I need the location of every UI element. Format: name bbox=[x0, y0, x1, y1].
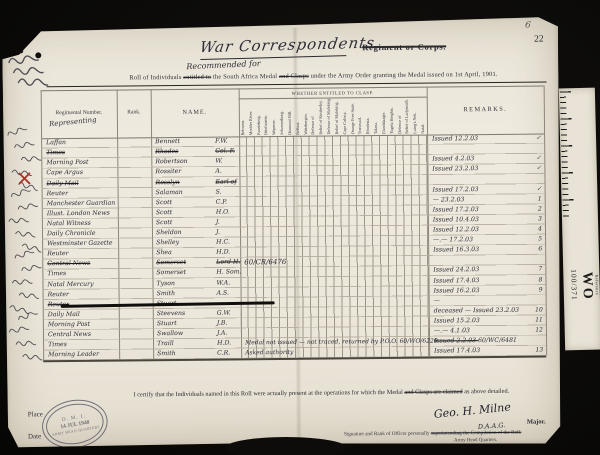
row-name: Swallow bbox=[157, 330, 183, 337]
row-name: Bennett bbox=[155, 138, 180, 145]
margin-scribble bbox=[21, 157, 41, 161]
row-name: Rosslyn bbox=[155, 179, 179, 186]
row-representing: Morning Leader bbox=[48, 351, 122, 359]
row-remark: — bbox=[434, 296, 546, 304]
row-representing: Illust. London News bbox=[47, 209, 121, 217]
row-index-number: 7 bbox=[539, 266, 543, 273]
margin-scribble bbox=[18, 203, 38, 211]
row-name: Steevens bbox=[157, 310, 185, 317]
stamp-inner-ring bbox=[43, 399, 107, 448]
roll-text: the South Africa Medal bbox=[213, 73, 277, 81]
row-index-number: ✓ bbox=[537, 185, 542, 192]
clasp-column-header: Relief of Mafeking. bbox=[333, 97, 341, 135]
row-representing: Times bbox=[46, 149, 120, 157]
daag-annotation: D.A.A.G. bbox=[478, 421, 506, 431]
row-remark: Issued 17.2.03 bbox=[433, 185, 545, 193]
clasp-column-header: Natal. bbox=[419, 97, 427, 135]
row-initials: J. bbox=[216, 219, 220, 226]
clasp-column-header: Elandslaagte. bbox=[380, 97, 388, 135]
form-heading-struck: Regiment or Corps. bbox=[362, 41, 446, 52]
clasp-column-headers: Belmont.Modder River.Paardeberg.Driefont… bbox=[239, 97, 427, 137]
row-name: Traill bbox=[157, 340, 174, 347]
reference-department: WO bbox=[578, 271, 595, 300]
date-label: Date bbox=[28, 432, 41, 440]
row-index-number: 8 bbox=[539, 276, 543, 283]
row-name: Somerset bbox=[156, 259, 186, 266]
row-name: Robertson bbox=[155, 158, 187, 165]
officer-rank: Major. bbox=[527, 418, 546, 425]
row-initials: A.S. bbox=[217, 289, 229, 296]
clasp-column-header: Belmont. bbox=[239, 98, 247, 136]
scanned-medal-roll-page: War Correspondents Regiment or Corps. Re… bbox=[0, 0, 600, 455]
clasp-column-header: Tugela Heights. bbox=[387, 97, 395, 135]
margin-scribble bbox=[18, 310, 38, 320]
pencil-mark: 6 bbox=[524, 20, 531, 31]
row-representing: Reuter bbox=[47, 250, 121, 258]
row-representing: Morning Post bbox=[48, 321, 122, 329]
title-underline bbox=[200, 55, 346, 60]
row-initials: J. bbox=[216, 229, 220, 236]
row-representing: Natal Mercury bbox=[47, 280, 121, 288]
margin-scribble bbox=[7, 126, 27, 136]
row-representing: Laffan bbox=[46, 139, 120, 147]
margin-scribble bbox=[22, 243, 42, 253]
row-name: Shelley bbox=[156, 239, 179, 246]
certify-text: I certify that the Individuals named in … bbox=[134, 389, 403, 399]
margin-scribble bbox=[19, 292, 39, 299]
row-initials: H. Som. bbox=[216, 269, 241, 276]
row-representing: Morning Post bbox=[46, 159, 120, 167]
row-clasp-note: Asked authority bbox=[245, 349, 293, 356]
row-initials: C.P. bbox=[216, 198, 227, 205]
row-remark: Issued 16.2.03 bbox=[434, 286, 546, 294]
margin-scribble bbox=[14, 249, 34, 259]
page-title: War Correspondents bbox=[199, 34, 377, 57]
margin-scribble bbox=[11, 187, 31, 197]
row-initials: Lord H. bbox=[216, 259, 240, 266]
signature-caption-text: Signature and Rank of Officer personally bbox=[344, 431, 430, 438]
row-name: Stuart bbox=[157, 320, 177, 327]
row-remark-struck: Issued 2.2.03 bbox=[434, 337, 478, 344]
document-paper: War Correspondents Regiment or Corps. Re… bbox=[2, 15, 562, 448]
row-initials: Earl of bbox=[215, 178, 236, 185]
margin-scribble bbox=[21, 264, 41, 272]
clasp-column-header: Diamond Hill. bbox=[286, 98, 294, 136]
row-initials: W. bbox=[215, 158, 222, 165]
row-representing: Manchester Guardian bbox=[47, 199, 121, 207]
row-remark: Issued 17.2.03 bbox=[433, 205, 545, 213]
certify-text: as above detailed. bbox=[464, 388, 509, 395]
row-index-number: 2 bbox=[538, 205, 542, 212]
ruler-ticks bbox=[560, 91, 574, 217]
row-remark: —.— 17.2.03 bbox=[433, 236, 545, 244]
margin-scribble bbox=[13, 67, 43, 74]
row-remark: Issued 2.2.03 60/WC/6481 bbox=[434, 337, 546, 345]
row-remark: — 23.2.03 bbox=[433, 195, 545, 203]
row-index-number: 11 bbox=[535, 316, 543, 323]
row-index-number: ✓ bbox=[536, 165, 541, 172]
reference-label: Reference bbox=[594, 274, 600, 295]
army-head-quarters-label: Army Head Quarters. bbox=[454, 438, 497, 443]
row-name: Smith bbox=[157, 350, 176, 357]
row-initials: W.A. bbox=[216, 279, 230, 286]
margin-scribble bbox=[18, 78, 48, 86]
margin-scribble bbox=[9, 326, 29, 334]
column-header-rank: Rank. bbox=[117, 89, 151, 137]
row-representing: Daily Mail bbox=[48, 310, 122, 318]
margin-scribble bbox=[9, 218, 29, 222]
row-representing: Natal Witness bbox=[47, 220, 121, 228]
margin-scribble bbox=[23, 354, 43, 361]
margin-scribble bbox=[14, 141, 34, 149]
row-name: Rossiter bbox=[155, 168, 181, 175]
roll-text-struck: and Clasps bbox=[279, 73, 309, 80]
row-initials: S. bbox=[216, 188, 222, 195]
margin-scribble bbox=[8, 55, 39, 65]
row-initials: J.B. bbox=[217, 320, 228, 327]
row-name: Scott bbox=[156, 209, 172, 216]
row-remark: Issued 10.4.03 bbox=[433, 215, 545, 223]
archive-reference: Reference WO 100/371 bbox=[568, 224, 600, 347]
row-remark: Issued 24.2.03 bbox=[433, 266, 545, 274]
row-name: Scott bbox=[156, 199, 172, 206]
margin-scribble bbox=[9, 305, 29, 315]
row-initials: A. bbox=[215, 168, 222, 175]
row-clasp-note: 60/CR/6476 bbox=[244, 258, 286, 266]
row-index-number: ✓ bbox=[536, 155, 541, 162]
row-initials: C.R. bbox=[217, 350, 230, 357]
row-initials: H.C. bbox=[216, 239, 230, 246]
row-representing: Westminster Gazette bbox=[47, 240, 121, 248]
row-index-number: 4 bbox=[538, 226, 542, 233]
row-remark: Issued 4.2.03 bbox=[432, 155, 544, 163]
roll-description-line: Roll of Individuals entitled to the Sout… bbox=[78, 70, 548, 82]
page-number: 22 bbox=[534, 34, 544, 44]
row-index-number: 9 bbox=[539, 286, 543, 293]
row-initials: H.D. bbox=[217, 340, 231, 347]
archive-ruler-strip: Reference WO 100/371 bbox=[559, 88, 600, 351]
row-representing: Times bbox=[48, 341, 122, 349]
row-name: Smith bbox=[157, 290, 176, 297]
row-index-number: 1 bbox=[538, 195, 542, 202]
row-name: Salaman bbox=[156, 189, 183, 196]
row-remark: Issued 15.2.03 bbox=[434, 316, 546, 324]
row-initials: J.A. bbox=[217, 330, 227, 337]
clasp-column-header: Belfast. bbox=[294, 98, 302, 136]
row-remark: Issued 12.2.03 bbox=[433, 226, 545, 234]
row-index-number: 6 bbox=[538, 246, 542, 253]
row-representing: Daily Chronicle bbox=[47, 230, 121, 238]
date-stamp: D. M. I. 14 JUL 1948 ARMY HEAD QUARTERS bbox=[38, 395, 111, 453]
clasp-column-header: Modder River. bbox=[247, 98, 255, 136]
ink-spot bbox=[18, 48, 23, 53]
roll-text: Roll of Individuals bbox=[129, 74, 181, 81]
row-index-number: 3 bbox=[538, 215, 542, 222]
row-representing: Central News bbox=[48, 331, 122, 339]
row-clasp-note: Medal not issued — not traced, returned … bbox=[245, 338, 438, 347]
row-representing: Central News bbox=[47, 260, 121, 268]
clasp-column-header: Cape Colony. bbox=[340, 97, 348, 135]
row-representing: Reuter bbox=[48, 290, 122, 298]
signature-caption-struck: superintending the Compilation of the Ro… bbox=[431, 430, 522, 437]
row-name: Shea bbox=[156, 249, 172, 256]
place-label: Place bbox=[28, 410, 43, 418]
row-name: Tyson bbox=[156, 280, 175, 287]
row-remark: —.— 4.1.03 bbox=[434, 327, 546, 335]
row-remark: Issued 23.2.03 bbox=[432, 165, 544, 173]
roll-text: under the Army Order granting the Medal … bbox=[311, 71, 498, 80]
clasp-column-header: Talana. bbox=[372, 97, 380, 135]
column-header-remarks: REMARKS. bbox=[427, 85, 544, 134]
row-representing: Cape Argus bbox=[46, 169, 120, 177]
row-name: Scott bbox=[156, 219, 172, 226]
column-header-regimental-number: Regimental Number. bbox=[41, 90, 117, 139]
certify-text-struck: and Clasps are claimed bbox=[404, 388, 462, 396]
margin-scribbles bbox=[4, 54, 51, 370]
reference-number: 100/371 bbox=[569, 269, 579, 301]
recommended-for-annotation: Recommended for bbox=[186, 59, 261, 71]
row-name: Sheldon bbox=[156, 229, 182, 236]
table-rows: LaffanBennettF.W.Issued 12.2.03✓TimesRho… bbox=[2, 15, 558, 20]
row-remark: Issued 16.3.03 bbox=[433, 246, 545, 254]
row-remark bbox=[432, 175, 544, 176]
row-index-number: 10 bbox=[535, 306, 543, 313]
row-remark bbox=[433, 256, 545, 257]
row-initials: H.D. bbox=[216, 249, 230, 256]
row-representing: Daily Mail bbox=[46, 179, 120, 187]
row-name: Rhodes bbox=[155, 148, 178, 155]
certification-statement: I certify that the Individuals named in … bbox=[134, 388, 542, 399]
row-initials: F.W. bbox=[215, 138, 228, 145]
row-initials: Col. F. bbox=[215, 148, 235, 155]
row-representing: Reuter bbox=[47, 189, 121, 197]
row-remark: Issued 17.4.03 bbox=[434, 347, 546, 355]
row-initials: H.O. bbox=[216, 208, 230, 215]
margin-scribble bbox=[16, 341, 36, 345]
row-index-number: 13 bbox=[535, 347, 543, 354]
red-cross-mark bbox=[19, 173, 29, 183]
row-initials: G.W. bbox=[217, 309, 231, 316]
signature-caption: Signature and Rank of Officer personally… bbox=[344, 429, 554, 437]
row-index-number: 12 bbox=[535, 327, 543, 334]
margin-scribble bbox=[12, 280, 32, 284]
row-representing: Times bbox=[47, 270, 121, 278]
row-remark bbox=[432, 145, 544, 146]
row-remark: Issued 12.2.03 bbox=[432, 135, 544, 143]
roll-text-struck: entitled to bbox=[183, 74, 211, 81]
scan-shadow-blob bbox=[225, 437, 347, 455]
row-index-number: ✓ bbox=[536, 135, 541, 142]
officer-signature: Geo. H. Milne bbox=[433, 400, 511, 420]
margin-scribble bbox=[15, 231, 35, 238]
column-header-name: NAME. bbox=[151, 88, 239, 137]
row-remark: deceased — Issued 23.2.03 bbox=[434, 306, 546, 314]
row-index-number: 5 bbox=[538, 236, 542, 243]
row-name: Somerset bbox=[156, 269, 186, 276]
row-remark: Issued 17.4.03 bbox=[433, 276, 545, 284]
